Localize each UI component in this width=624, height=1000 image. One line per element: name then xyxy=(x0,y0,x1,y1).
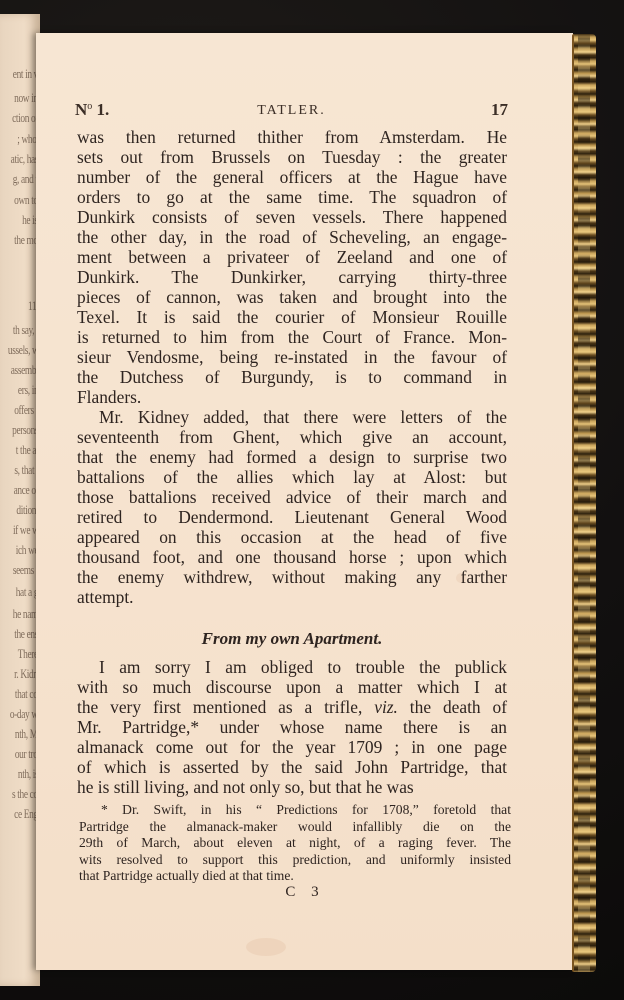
text-line: is returned to him from the Court of Fra… xyxy=(77,327,507,347)
text-line: battalions of the allies which lay at Al… xyxy=(77,467,507,487)
text-line: number of the general officers at the Ha… xyxy=(77,167,507,187)
text-line: pieces of cannon, was taken and brought … xyxy=(77,287,507,307)
left-page-text-fragment: hat a g xyxy=(16,584,38,600)
text-line: sets out from Brussels on Tuesday : the … xyxy=(77,147,507,167)
left-page-text-fragment: ent in v xyxy=(13,66,38,82)
left-page-text-fragment: if we w xyxy=(12,522,38,538)
text-line: Dunkirk consists of seven vessels. There… xyxy=(77,207,507,227)
paragraph-2: Mr. Kidney added, that there were letter… xyxy=(77,407,507,607)
body-text: was then returned thither from Amsterdam… xyxy=(77,127,507,797)
left-page-text-fragment: that co xyxy=(15,686,38,702)
text-line: was then returned thither from Amsterdam… xyxy=(77,127,507,147)
text-line: Texel. It is said the courier of Monsieu… xyxy=(77,307,507,327)
left-page-text-fragment: nth, is xyxy=(18,766,38,782)
left-page-text-fragment: t the al xyxy=(15,442,38,458)
left-page-text-fragment: seems t xyxy=(13,562,38,578)
text-line: Mr. Kidney added, that there were letter… xyxy=(77,407,507,427)
text-line: retired to Dendermond. Lieutenant Genera… xyxy=(77,507,507,527)
signature-mark: C 3 xyxy=(275,884,335,901)
left-page-text-fragment: ction of xyxy=(12,110,38,126)
left-page-text-fragment: ich we xyxy=(15,542,38,558)
text-line: the very first mentioned as a trifle, vi… xyxy=(77,697,507,717)
left-page-text-fragment: atic, has xyxy=(11,151,38,167)
left-page-text-fragment: ; who, xyxy=(17,131,38,147)
text-line: seventeenth from Ghent, which give an ac… xyxy=(77,427,507,447)
gilt-ornament-pattern xyxy=(578,34,590,972)
left-page-text-fragment: assembl xyxy=(10,362,38,378)
text-line: he is still living, and not only so, but… xyxy=(77,777,507,797)
left-page-text-fragment: offers t xyxy=(14,402,38,418)
text-line: I am sorry I am obliged to trouble the p… xyxy=(77,657,507,677)
gilt-spine-edge xyxy=(572,34,596,972)
left-page-text-fragment: th say, t xyxy=(12,322,38,338)
text-line: Flanders. xyxy=(77,387,507,407)
running-head: No 1. TATLER. 17 xyxy=(75,100,508,122)
text-line: almanack come out for the year 1709 ; in… xyxy=(77,737,507,757)
text-line: Mr. Partridge,* under whose name there i… xyxy=(77,717,507,737)
section-subheading: From my own Apartment. xyxy=(77,629,507,649)
paper-stain xyxy=(246,938,286,956)
left-facing-page-edge: ent in vnow inction of; who,atic, hasg, … xyxy=(0,14,40,986)
text-line: sieur Vendosme, being re-instated in the… xyxy=(77,347,507,367)
text-line: ment between a privateer of Zeeland and … xyxy=(77,247,507,267)
left-page-text-fragment: s, that t xyxy=(14,462,38,478)
footnote-line: * Dr. Swift, in his “ Predictions for 17… xyxy=(79,802,511,819)
text-line: with so much discourse upon a matter whi… xyxy=(77,677,507,697)
footnote-line: 29th of March, about eleven at night, of… xyxy=(79,835,511,852)
text-line: the Dutchess of Burgundy, is to command … xyxy=(77,367,507,387)
left-page-text-fragment: ers, in xyxy=(18,382,38,398)
left-page-text-fragment: ance of xyxy=(13,482,38,498)
page-number: 17 xyxy=(491,100,508,120)
footnote-line: that Partridge actually died at that tim… xyxy=(79,868,511,885)
text-line: attempt. xyxy=(77,587,507,607)
left-page-text-fragment: the mo xyxy=(14,232,38,248)
left-page-text-fragment: dition. xyxy=(16,502,38,518)
text-line: thousand foot, and one thousand horse ; … xyxy=(77,547,507,567)
left-page-text-fragment: s the co xyxy=(12,786,38,802)
left-page-text-fragment: o-day w xyxy=(10,706,38,722)
left-page-text-fragment: own to xyxy=(14,192,38,208)
left-page-text-fragment: our tro xyxy=(15,746,38,762)
left-page-text-fragment: There xyxy=(18,646,38,662)
left-page-text-fragment: nth, M xyxy=(15,726,38,742)
text-line: orders to go at the same time. The squad… xyxy=(77,187,507,207)
footnote: * Dr. Swift, in his “ Predictions for 17… xyxy=(79,802,511,885)
text-line: of which is asserted by the said John Pa… xyxy=(77,757,507,777)
text-line: those battalions received advice of thei… xyxy=(77,487,507,507)
footnote-line: wits resolved to support this prediction… xyxy=(79,852,511,869)
text-line: the other day, in the road of Scheveling… xyxy=(77,227,507,247)
left-page-text-fragment: r. Kidn xyxy=(15,666,38,682)
paragraph-3: I am sorry I am obliged to trouble the p… xyxy=(77,657,507,797)
left-page-text-fragment: ussels, w xyxy=(7,342,38,358)
footnote-line: Partridge the almanack-maker would infal… xyxy=(79,819,511,836)
left-page-text-fragment: the ens xyxy=(14,626,38,642)
publication-title: TATLER. xyxy=(75,103,508,119)
text-line: Dunkirk. The Dunkirker, carrying thirty-… xyxy=(77,267,507,287)
left-page-text-fragment: g, and t xyxy=(13,171,38,187)
text-line: that the enemy had formed a design to su… xyxy=(77,447,507,467)
paragraph-1: was then returned thither from Amsterdam… xyxy=(77,127,507,407)
left-page-text-fragment: ce Eng xyxy=(14,806,38,822)
left-page-text-fragment: persons xyxy=(12,422,38,438)
left-page-text-fragment: he nam xyxy=(13,606,38,622)
left-page-text-fragment: now in xyxy=(14,90,38,106)
text-line: the enemy withdrew, without making any f… xyxy=(77,567,507,587)
text-line: appeared on this occasion at the head of… xyxy=(77,527,507,547)
